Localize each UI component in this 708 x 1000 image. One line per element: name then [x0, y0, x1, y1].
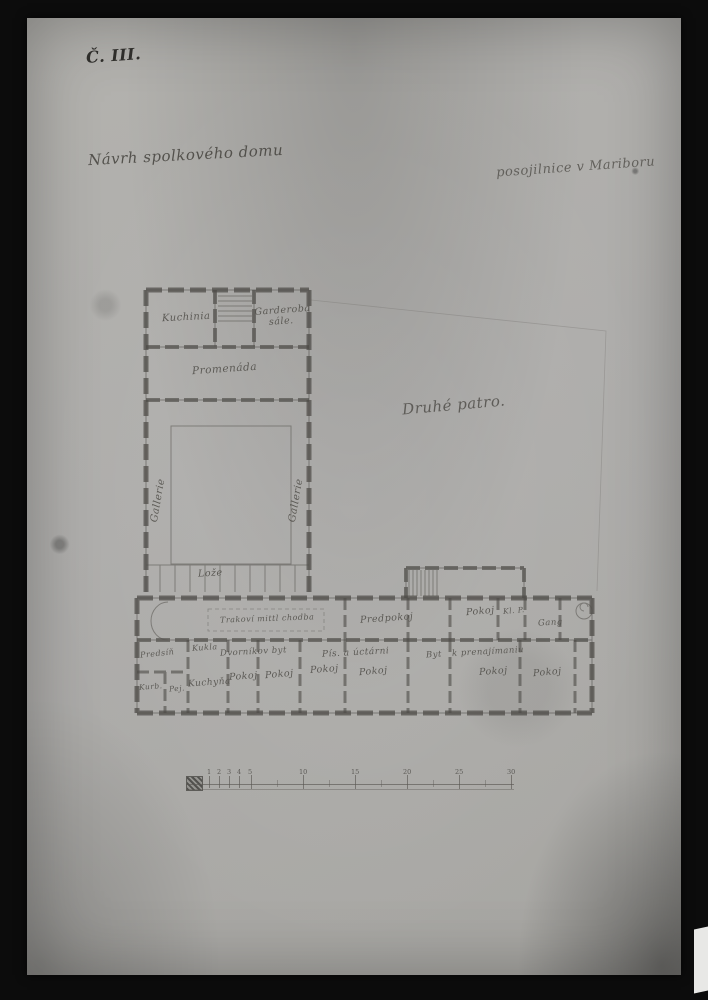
room-label-small-room: Kukla [192, 642, 218, 653]
scale-tick-label: 4 [237, 768, 241, 776]
room-label-wardrobe: Garderoba sále. [254, 304, 307, 329]
scale-bar-baseline [186, 784, 514, 785]
room-label-gang: Gang [538, 617, 563, 628]
sheet-number: Č. III. [85, 44, 141, 67]
room-label-boxes: Lože [198, 567, 223, 579]
scale-tick-label: 15 [351, 768, 359, 776]
scale-bar-baseline-2 [186, 789, 514, 790]
scale-tick-label: 25 [455, 768, 463, 776]
room-label-pokoj: Pokoj [310, 663, 339, 676]
room-label-pokoj: Pokoj [479, 665, 508, 678]
room-label-flat: Byt [426, 649, 443, 660]
photographed-plan-sheet: Č. III. Návrh spolkového domu posojilnic… [0, 0, 708, 1000]
scale-tick-label: 5 [248, 768, 252, 776]
room-label-closet-left: Kurb. [139, 681, 163, 692]
room-label-closet-right: Pej. [169, 683, 185, 693]
scale-tick-label: 1 [207, 768, 211, 776]
scale-tick-label: 3 [227, 768, 231, 776]
scale-tick-label: 10 [299, 768, 307, 776]
scale-tick-label: 2 [217, 768, 221, 776]
room-label-pokoj: Pokoj [229, 670, 258, 683]
room-label-small-room-abbr: Kl. P. [503, 605, 525, 616]
scale-tick-label: 30 [507, 768, 515, 776]
scale-tick-label: 20 [403, 768, 411, 776]
